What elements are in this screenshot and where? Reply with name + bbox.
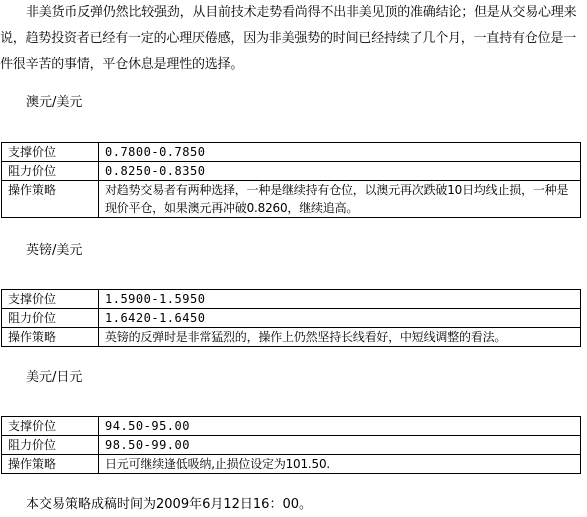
strategy-table-aud-usd: 支撑价位 0.7800-0.7850 阻力价位 0.8250-0.8350 操作… [1,142,581,218]
row-label: 支撑价位 [2,417,99,436]
row-value: 0.7800-0.7850 [99,143,581,162]
intro-paragraph: 非美货币反弹仍然比较强劲，从目前技术走势看尚得不出非美见顶的准确结论；但是从交易… [0,0,582,78]
row-label: 操作策略 [2,328,99,347]
table-row-support: 支撑价位 94.50-95.00 [2,417,581,436]
row-label: 操作策略 [2,455,99,474]
table-row-strategy: 操作策略 日元可继续逢低吸纳,止损位设定为101.50. [2,455,581,474]
section-title-gbp-usd: 英镑/美元 [26,243,82,259]
row-value: 日元可继续逢低吸纳,止损位设定为101.50. [99,455,581,474]
table-row-resistance: 阻力价位 0.8250-0.8350 [2,162,581,181]
row-value: 98.50-99.00 [99,436,581,455]
row-label: 阻力价位 [2,309,99,328]
row-value: 英镑的反弹时是非常猛烈的，操作上仍然坚持长线看好，中短线调整的看法。 [99,328,581,347]
table-row-resistance: 阻力价位 98.50-99.00 [2,436,581,455]
row-value: 对趋势交易者有两种选择，一种是继续持有仓位，以澳元再次跌破10日均线止损，一种是… [99,181,581,218]
section-title-usd-jpy: 美元/日元 [26,370,82,386]
row-label: 操作策略 [2,181,99,218]
table-row-support: 支撑价位 0.7800-0.7850 [2,143,581,162]
table-row-support: 支撑价位 1.5900-1.5950 [2,290,581,309]
strategy-table-usd-jpy: 支撑价位 94.50-95.00 阻力价位 98.50-99.00 操作策略 日… [1,416,581,474]
table-row-resistance: 阻力价位 1.6420-1.6450 [2,309,581,328]
row-value: 1.6420-1.6450 [99,309,581,328]
table-row-strategy: 操作策略 英镑的反弹时是非常猛烈的，操作上仍然坚持长线看好，中短线调整的看法。 [2,328,581,347]
row-value: 94.50-95.00 [99,417,581,436]
row-label: 阻力价位 [2,162,99,181]
row-value: 0.8250-0.8350 [99,162,581,181]
table-row-strategy: 操作策略 对趋势交易者有两种选择，一种是继续持有仓位，以澳元再次跌破10日均线止… [2,181,581,218]
strategy-table-gbp-usd: 支撑价位 1.5900-1.5950 阻力价位 1.6420-1.6450 操作… [1,289,581,347]
section-title-aud-usd: 澳元/美元 [26,95,82,111]
row-value: 1.5900-1.5950 [99,290,581,309]
row-label: 支撑价位 [2,290,99,309]
footer-timestamp: 本交易策略成稿时间为2009年6月12日16：00。 [26,497,312,513]
row-label: 支撑价位 [2,143,99,162]
row-label: 阻力价位 [2,436,99,455]
